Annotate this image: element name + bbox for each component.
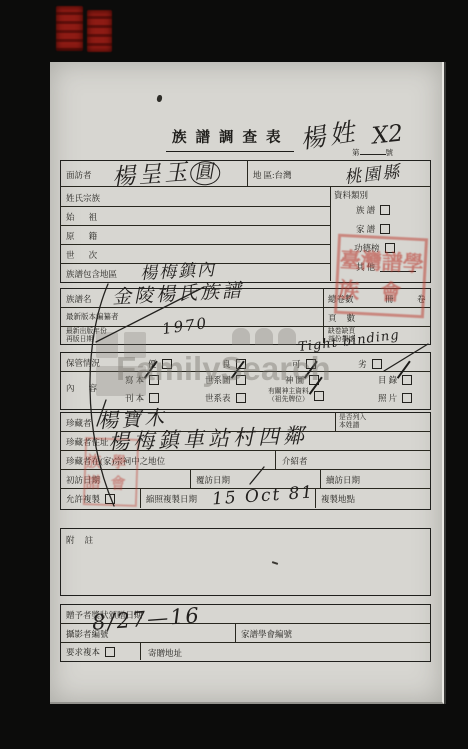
condition-poor: 劣 (358, 358, 382, 370)
content-photos: 照 片 (378, 392, 412, 404)
permit-copy-checkbox: 允許複製 (66, 493, 115, 505)
checkbox (380, 205, 390, 215)
copy-place-label: 複製地點 (321, 493, 355, 505)
material-option-other: 其 他 (356, 261, 416, 273)
keeper-position-label: 珍藏者在(家)宗祠中之地位 (66, 455, 165, 467)
keeper-label: 珍藏者 (66, 417, 92, 429)
first-ancestor-label: 始 祖 (66, 211, 103, 223)
scanned-genealogy-form: 族譜調查表 楊姓 X2 第號 面訪者 地 區:台灣 姓氏宗族 始 祖 原 籍 世… (0, 0, 468, 749)
introducer-label: 介紹者 (282, 455, 308, 467)
remarks-label: 附 註 (66, 534, 97, 546)
volume-unit: 冊 (385, 293, 394, 305)
copy-date-label: 縮照複製日期 (146, 493, 197, 505)
genealogy-name-label: 族譜名 (66, 293, 92, 305)
corner-seal-stamp (56, 6, 83, 51)
generation-label: 世 次 (66, 249, 103, 261)
content-manuscript: 寫 本 (125, 374, 159, 386)
condition-label: 保管情況 (66, 357, 100, 369)
society-number-label: 家譜學會編號 (241, 628, 292, 640)
content-index: 目 錄 (378, 374, 412, 386)
number-suffix: 號 (386, 148, 394, 157)
content-label: 內 容 (66, 382, 103, 394)
mailing-address-label: 寄贈地址 (148, 647, 182, 659)
publish-year-label: 最新出版年份 (66, 328, 107, 336)
corner-seal-stamp (87, 10, 112, 52)
checkbox (385, 243, 395, 253)
content-lineage-chart: 世系圖 (205, 374, 246, 386)
coverage-label: 族譜包含地區 (66, 268, 117, 280)
next-visit-label: 續訪日期 (326, 474, 360, 486)
content-ancestor-tablet-data: 有關神主資料 （祖先牌位） (268, 388, 324, 403)
listed-label-2: 本姓譜 (339, 422, 359, 430)
number-prefix: 第 (352, 148, 360, 157)
blank-line (380, 263, 416, 272)
listed-label-1: 是否列入 (339, 414, 366, 422)
origin-label: 原 籍 (66, 230, 103, 242)
scroll-unit: 卷 (417, 293, 426, 305)
form-title: 族譜調查表 (166, 126, 294, 152)
region-label: 地 區:台灣 (253, 169, 292, 181)
revisit-label: 覆訪日期 (196, 474, 230, 486)
first-visit-label: 初訪日期 (66, 474, 100, 486)
material-option-jiapu: 家 譜 (356, 223, 390, 235)
handwritten-count: X2 (371, 120, 405, 149)
material-type-label: 資料類別 (334, 189, 368, 201)
request-copy-checkbox: 要求複本 (66, 646, 115, 658)
material-option-gongdebang: 功德榜 (354, 242, 395, 254)
pages-label: 頁 數 (328, 312, 359, 324)
material-option-zupu: 族 譜 (356, 204, 390, 216)
checkbox (380, 224, 390, 234)
content-lineage-table: 世系表 (205, 392, 246, 404)
volumes-label: 總卷數 (328, 293, 354, 305)
form-section-remarks (60, 528, 431, 596)
interviewer-label: 面訪者 (66, 169, 92, 181)
surname-clan-label: 姓氏宗族 (66, 192, 100, 204)
reprint-date-label: 再版日期 (66, 336, 93, 344)
keeper-address-label: 珍藏者住址 (66, 436, 109, 448)
compiler-label: 最新版本編纂者 (66, 313, 119, 321)
